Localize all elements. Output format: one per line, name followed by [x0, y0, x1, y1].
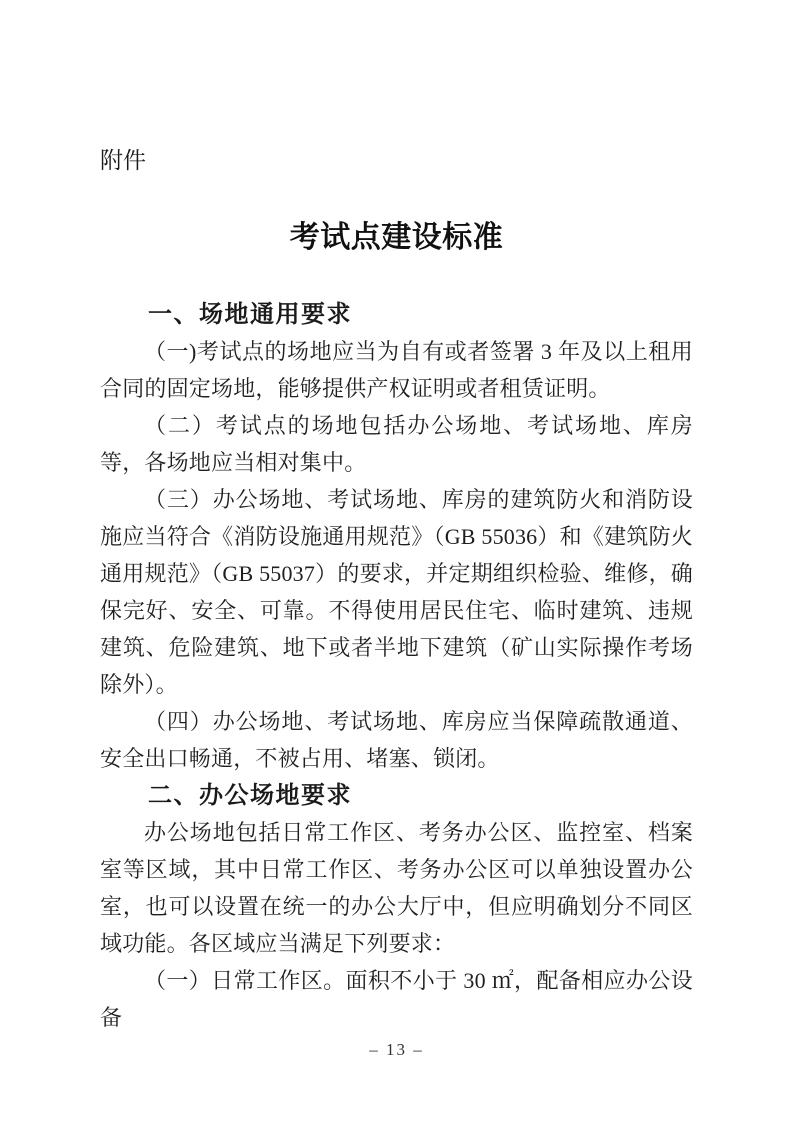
document-title: 考试点建设标准: [100, 218, 693, 258]
section-2-paragraph-1: 办公场地包括日常工作区、考务办公区、监控室、档案室等区域，其中日常工作区、考务办…: [100, 814, 693, 962]
section-1-heading: 一、场地通用要求: [100, 296, 693, 333]
section-1-paragraph-3: （三）办公场地、考试场地、库房的建筑防火和消防设施应当符合《消防设施通用规范》（…: [100, 481, 693, 703]
document-content: 附件 考试点建设标准 一、场地通用要求 （一)考试点的场地应当为自有或者签署 3…: [100, 0, 693, 1036]
section-1-paragraph-4: （四）办公场地、考试场地、库房应当保障疏散通道、安全出口畅通，不被占用、堵塞、锁…: [100, 703, 693, 777]
section-1-paragraph-2: （二）考试点的场地包括办公场地、考试场地、库房等，各场地应当相对集中。: [100, 407, 693, 481]
section-1-paragraph-1: （一)考试点的场地应当为自有或者签署 3 年及以上租用合同的固定场地，能够提供产…: [100, 333, 693, 407]
document-page: 附件 考试点建设标准 一、场地通用要求 （一)考试点的场地应当为自有或者签署 3…: [0, 0, 793, 1122]
section-2-paragraph-2: （一）日常工作区。面积不小于 30 ㎡，配备相应办公设备: [100, 962, 693, 1036]
page-number: – 13 –: [0, 1038, 793, 1062]
section-2-heading: 二、办公场地要求: [100, 777, 693, 814]
attachment-label: 附件: [100, 0, 693, 174]
